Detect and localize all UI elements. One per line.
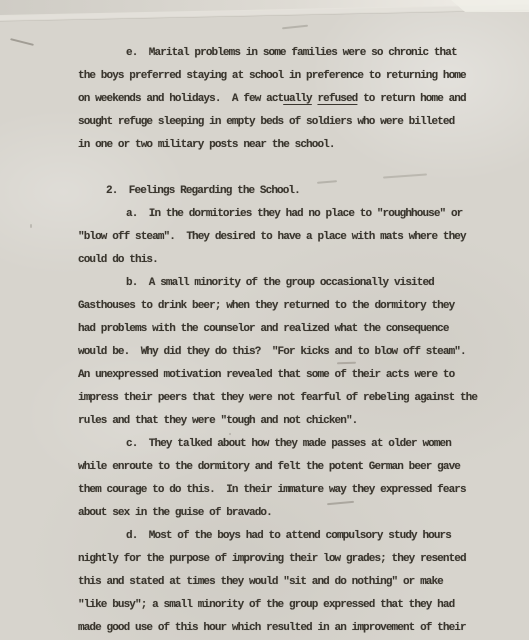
text-segment: b. A small minority of the group occasio… xyxy=(126,277,434,289)
document-line: about sex in the guise of bravado. xyxy=(78,502,505,525)
pencil-mark xyxy=(282,25,308,29)
text-segment: "blow off steam". They desired to have a… xyxy=(78,231,466,243)
text-segment: made good use of this hour which resulte… xyxy=(78,622,466,634)
document-line: "like busy"; a small minority of the gro… xyxy=(78,594,505,617)
document-line: in one or two military posts near the sc… xyxy=(78,134,505,157)
text-segment: rules and that they were "tough and not … xyxy=(78,415,357,427)
document-line: Gasthouses to drink beer; when they retu… xyxy=(78,295,505,318)
document-line: impress their peers that they were not f… xyxy=(78,387,505,410)
document-line: d. Most of the boys had to attend compul… xyxy=(78,525,505,548)
punch-hole-mark xyxy=(0,24,7,42)
document-line: rules and that they were "tough and not … xyxy=(78,410,505,433)
text-segment: nightly for the purpose of improving the… xyxy=(78,553,466,565)
document-line: An unexpressed motivation revealed that … xyxy=(78,364,505,387)
text-segment: this and stated at times they would "sit… xyxy=(78,576,443,588)
text-segment: d. Most of the boys had to attend compul… xyxy=(126,530,451,542)
blank-line xyxy=(78,157,505,180)
text-segment: the boys preferred staying at school in … xyxy=(78,70,466,82)
document-line: on weekends and holidays. A few actually… xyxy=(78,88,505,111)
text-segment: sought refuge sleeping in empty beds of … xyxy=(78,116,454,128)
document-line: c. They talked about how they made passe… xyxy=(78,433,505,456)
document-line: nightly for the purpose of improving the… xyxy=(78,548,505,571)
text-segment: them courage to do this. In their immatu… xyxy=(78,484,466,496)
text-segment: e. Marital problems in some families wer… xyxy=(126,47,457,59)
document-line: 2. Feelings Regarding the School. xyxy=(78,180,505,203)
document-line: would be. Why did they do this? "For kic… xyxy=(78,341,505,364)
text-segment: 2. Feelings Regarding the School. xyxy=(106,185,300,197)
scanned-page: e. Marital problems in some families wer… xyxy=(0,0,529,640)
text-segment: on weekends and holidays. A few act xyxy=(78,93,283,105)
typewritten-text: e. Marital problems in some families wer… xyxy=(78,42,505,640)
text-segment: to return home and xyxy=(357,93,465,105)
document-line: sought refuge sleeping in empty beds of … xyxy=(78,111,505,134)
document-line: made good use of this hour which resulte… xyxy=(78,617,505,640)
underlined-text: ually xyxy=(283,93,312,105)
document-line: e. Marital problems in some families wer… xyxy=(78,42,505,65)
text-segment: a. In the dormitories they had no place … xyxy=(126,208,462,220)
text-segment: "like busy"; a small minority of the gro… xyxy=(78,599,454,611)
text-segment: Gasthouses to drink beer; when they retu… xyxy=(78,300,454,312)
document-line: them courage to do this. In their immatu… xyxy=(78,479,505,502)
text-segment: about sex in the guise of bravado. xyxy=(78,507,272,519)
document-line: a. In the dormitories they had no place … xyxy=(78,203,505,226)
text-segment: impress their peers that they were not f… xyxy=(78,392,477,404)
text-segment: while enroute to the dormitory and felt … xyxy=(78,461,460,473)
pencil-mark xyxy=(30,224,32,228)
text-segment: could do this. xyxy=(78,254,158,266)
document-line: while enroute to the dormitory and felt … xyxy=(78,456,505,479)
text-segment: in one or two military posts near the sc… xyxy=(78,139,335,151)
text-segment: had problems with the counselor and real… xyxy=(78,323,449,335)
text-segment: would be. Why did they do this? "For kic… xyxy=(78,346,466,358)
document-line: the boys preferred staying at school in … xyxy=(78,65,505,88)
document-line: could do this. xyxy=(78,249,505,272)
scratch-mark xyxy=(10,38,34,46)
document-line: "blow off steam". They desired to have a… xyxy=(78,226,505,249)
document-line: b. A small minority of the group occasio… xyxy=(78,272,505,295)
document-line: this and stated at times they would "sit… xyxy=(78,571,505,594)
underlined-text: refused xyxy=(317,93,357,105)
document-line: had problems with the counselor and real… xyxy=(78,318,505,341)
text-segment: c. They talked about how they made passe… xyxy=(126,438,451,450)
text-segment: An unexpressed motivation revealed that … xyxy=(78,369,454,381)
